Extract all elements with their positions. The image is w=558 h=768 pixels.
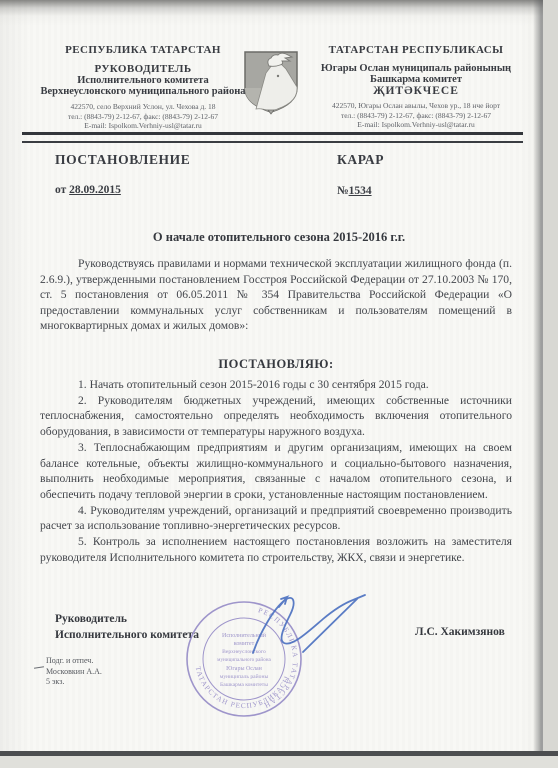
scan-edge-bottom (0, 751, 558, 756)
address-block-tt: 422570, Югары Ослан авылы, Чехов ур., 18… (300, 101, 532, 130)
district-line-ru: Верхнеуслонского муниципального района (26, 86, 260, 97)
letterhead-russian: РЕСПУБЛИКА ТАТАРСТАН РУКОВОДИТЕЛЬ Исполн… (26, 44, 260, 131)
email-line: E-mail: Ispolkom.Verhniy-usl@tatar.ru (26, 121, 260, 131)
decree-item: 5. Контроль за исполнением настоящего по… (40, 534, 512, 565)
republic-name-ru: РЕСПУБЛИКА ТАТАРСТАН (26, 44, 260, 56)
committee-line-ru: Исполнительного комитета (26, 75, 260, 86)
document-title: О начале отопительного сезона 2015-2016 … (40, 230, 518, 245)
scan-margin-bottom (0, 756, 558, 768)
decree-items: 1. Начать отопительный сезон 2015-2016 г… (40, 377, 512, 565)
note-line3: 5 экз. (46, 677, 102, 688)
doc-type-russian: ПОСТАНОВЛЕНИЕ (55, 152, 190, 168)
date-value: 28.09.2015 (69, 184, 121, 196)
resolve-heading: ПОСТАНОВЛЯЮ: (40, 357, 512, 372)
stamp-center-line: Башкарма комитеты (220, 682, 268, 688)
preamble: Руководствуясь правилами и нормами техни… (40, 256, 512, 334)
note-dash (34, 666, 44, 668)
note-line1: Подг. и отпеч. (46, 656, 102, 667)
republic-name-tt: ТАТАРСТАН РЕСПУБЛИКАСЫ (300, 44, 532, 56)
coat-of-arms-icon (242, 49, 300, 115)
signatory-position-line1: Руководитель (55, 611, 199, 627)
scan-edge-right (533, 0, 543, 768)
decree-item: 1. Начать отопительный сезон 2015-2016 г… (40, 377, 512, 393)
doc-number: №1534 (337, 185, 372, 197)
number-value: 1534 (349, 185, 372, 197)
doc-date: от 28.09.2015 (55, 184, 121, 196)
stamp-center-line: Югары Ослан (226, 666, 262, 672)
letterhead-divider (22, 132, 523, 143)
stamp-center-line: муниципаль районы (220, 673, 269, 680)
signatory-name: Л.С. Хакимзянов (415, 626, 505, 638)
preamble-paragraph: Руководствуясь правилами и нормами техни… (40, 256, 512, 334)
email-line: E-mail: Ispolkom.Verhniy-usl@tatar.ru (300, 120, 532, 130)
address-block-ru: 422570, село Верхний Услон, ул. Чехова д… (26, 102, 260, 131)
date-prefix: от (55, 184, 69, 196)
decree-item: 3. Теплоснабжающим предприятиям и другим… (40, 440, 512, 503)
district-line-tt: Югары Ослан муниципаль районының (300, 63, 532, 74)
phone-line: тел.: (8843-79) 2-12-67, факс: (8843-79)… (300, 111, 532, 121)
decree-item: 2. Руководителям бюджетных учреждений, и… (40, 393, 512, 440)
handwritten-signature (235, 585, 380, 665)
scan-margin-right (543, 0, 558, 768)
signatory-position-line2: Исполнительного комитета (55, 627, 199, 643)
office-title-ru: РУКОВОДИТЕЛЬ (26, 63, 260, 75)
decree-item: 4. Руководителям учреждений, организаций… (40, 503, 512, 534)
doc-type-tatar: КАРАР (337, 152, 384, 168)
phone-line: тел.: (8843-79) 2-12-67, факс: (8843-79)… (26, 112, 260, 122)
office-title-tt: ҖИТӘКЧЕСЕ (300, 85, 532, 97)
signatory-position: Руководитель Исполнительного комитета (55, 611, 199, 643)
committee-line-tt: Башкарма комитет (300, 74, 532, 85)
address-line: 422570, Югары Ослан авылы, Чехов ур., 18… (300, 101, 532, 111)
scanned-decree-page: РЕСПУБЛИКА ТАТАРСТАН РУКОВОДИТЕЛЬ Исполн… (0, 0, 558, 768)
prepared-by-note: Подг. и отпеч. Московкин А.А. 5 экз. (46, 656, 102, 688)
letterhead-tatar: ТАТАРСТАН РЕСПУБЛИКАСЫ Югары Ослан муниц… (300, 44, 532, 130)
scan-shadow-top (0, 0, 558, 26)
number-prefix: № (337, 185, 349, 197)
address-line: 422570, село Верхний Услон, ул. Чехова д… (26, 102, 260, 112)
note-line2: Московкин А.А. (46, 667, 102, 678)
